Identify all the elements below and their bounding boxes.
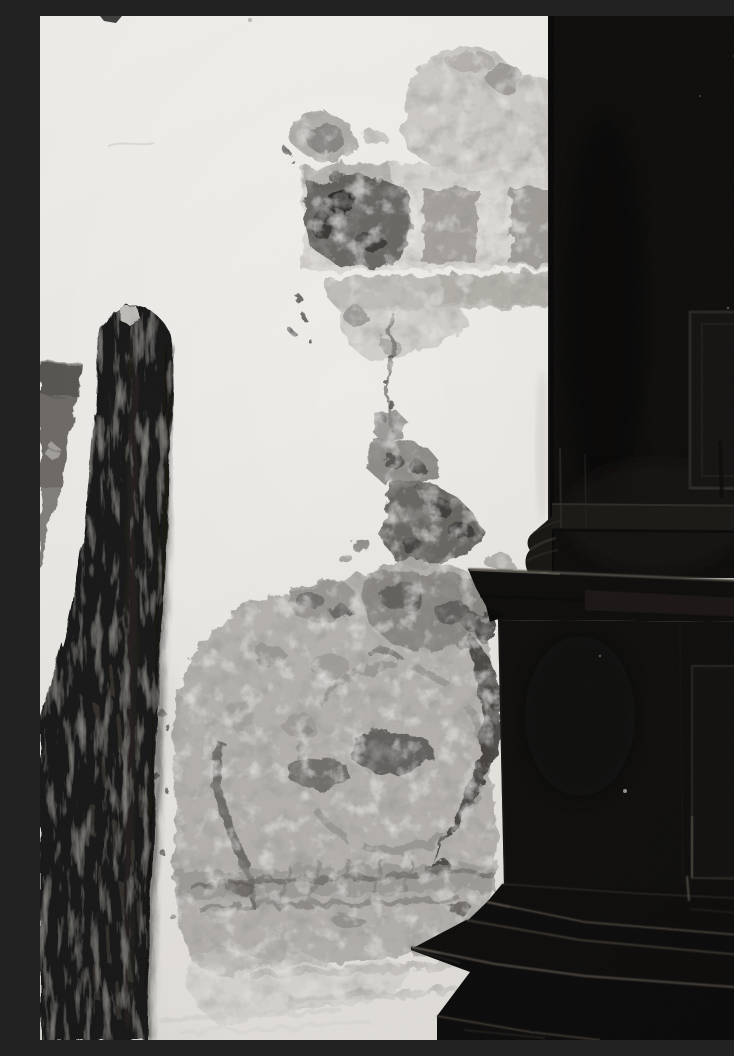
photo-canvas bbox=[40, 16, 734, 1040]
vignette bbox=[40, 16, 734, 1040]
photograph bbox=[40, 16, 734, 1040]
